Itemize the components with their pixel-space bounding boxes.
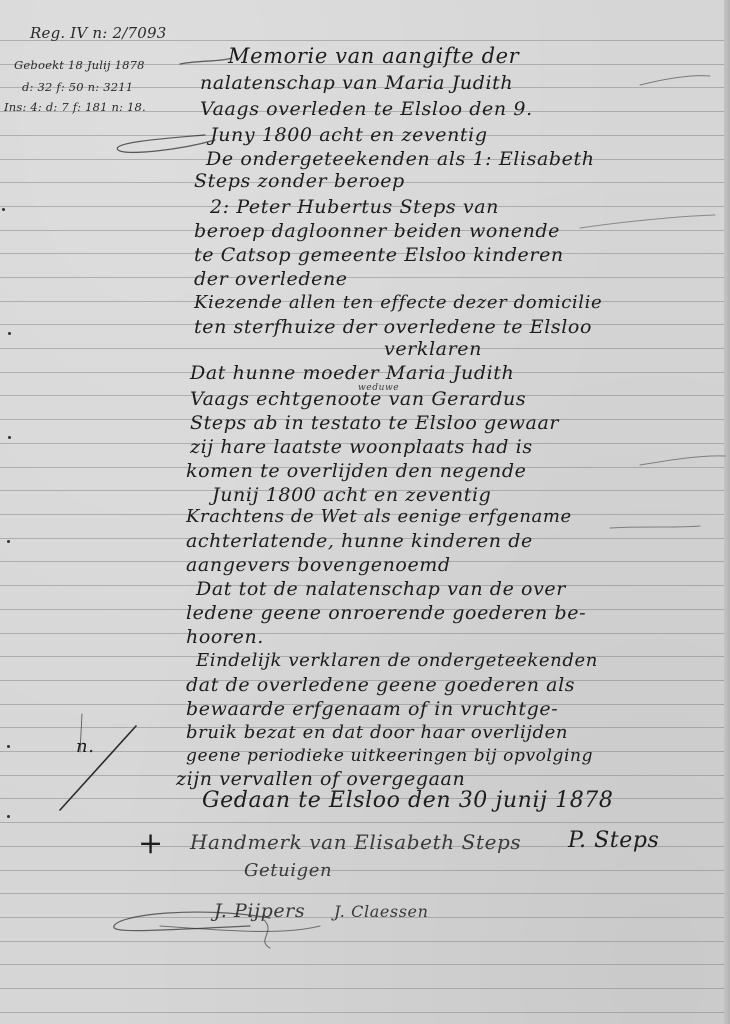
line-07: 2: Peter Hubertus Steps van (210, 196, 499, 218)
witness-signature-2: J. Claessen (334, 902, 429, 921)
line-14: Dat hunne moeder Maria Judith (190, 362, 514, 384)
line-21: achterlatende, hunne kinderen de (186, 530, 533, 552)
page-edge (724, 0, 730, 1024)
ruled-line (0, 822, 724, 823)
line-05: De ondergeteekenden als 1: Elisabeth (206, 148, 595, 170)
margin-note-volume: d: 32 f: 50 n: 3211 (22, 80, 133, 94)
line-20: Krachtens de Wet als eenige erfgename (186, 506, 572, 527)
line-06: Steps zonder beroep (194, 170, 405, 192)
line-12: ten sterfhuize der overledene te Elsloo (194, 316, 592, 338)
line-17: zij hare laatste woonplaats had is (190, 436, 533, 458)
line-11: Kiezende allen ten effecte dezer domicil… (194, 292, 602, 313)
line-19: Junij 1800 acht en zeventig (212, 484, 491, 506)
margin-note-booked: Geboekt 18 Julij 1878 (14, 58, 145, 72)
margin-note-inscription: Ins: 4: d: 7 f: 181 n: 18. (4, 100, 146, 114)
line-27: dat de overledene geene goederen als (186, 674, 575, 696)
line-09: te Catsop gemeente Elsloo kinderen (194, 244, 564, 266)
line-28: bewaarde erfgenaam of in vruchtge- (186, 698, 558, 720)
witnesses-label: Getuigen (244, 860, 332, 881)
ink-dot (8, 332, 11, 335)
ruled-line (0, 633, 724, 634)
ruled-line (0, 964, 724, 965)
witness-signature-1: J. Pijpers (214, 900, 305, 922)
line-15: Vaags echtgenoote van Gerardus (190, 388, 526, 410)
line-23: Dat tot de nalatenschap van de over (196, 578, 566, 600)
signature-handmark: Handmerk van Elisabeth Steps (190, 830, 521, 854)
line-26: Eindelijk verklaren de ondergeteekenden (196, 650, 598, 671)
ink-dot (2, 208, 5, 211)
line-08: beroep dagloonner beiden wonende (194, 220, 560, 242)
line-03: Vaags overleden te Elsloo den 9. (200, 98, 533, 120)
margin-note-register: Reg. IV n: 2/7093 (30, 24, 167, 42)
ruled-line (0, 988, 724, 989)
ruled-line (0, 893, 724, 894)
line-16: Steps ab in testato te Elsloo gewaar (190, 412, 559, 434)
line-24: ledene geene onroerende goederen be- (186, 602, 586, 624)
ruled-line (0, 348, 724, 349)
ink-dot (7, 745, 10, 748)
signature-cross: + (138, 826, 164, 861)
ink-dot (7, 815, 10, 818)
line-18: komen te overlijden den negende (186, 460, 526, 482)
line-02: nalatenschap van Maria Judith (200, 72, 513, 94)
line-13-verklaren: verklaren (384, 338, 482, 360)
line-04: Juny 1800 acht en zeventig (210, 124, 488, 146)
line-22: aangevers bovengenoemd (186, 554, 451, 576)
line-25: hooren. (186, 626, 264, 648)
margin-mark: n. (76, 736, 95, 757)
line-31: zijn vervallen of overgegaan (176, 768, 465, 790)
ruled-line (0, 941, 724, 942)
register-page: Reg. IV n: 2/7093 Geboekt 18 Julij 1878 … (0, 0, 730, 1024)
line-10: der overledene (194, 268, 348, 290)
ruled-line (0, 1012, 724, 1013)
ink-dot (8, 436, 11, 439)
ruled-line (0, 277, 724, 278)
ruled-line (0, 870, 724, 871)
ink-dot (7, 540, 10, 543)
line-29: bruik bezat en dat door haar overlijden (186, 722, 568, 743)
line-30: geene periodieke uitkeeringen bij opvolg… (186, 746, 593, 766)
closing-line: Gedaan te Elsloo den 30 junij 1878 (202, 788, 613, 813)
line-01: Memorie van aangifte der (228, 44, 519, 68)
signature-p-steps: P. Steps (568, 828, 659, 853)
